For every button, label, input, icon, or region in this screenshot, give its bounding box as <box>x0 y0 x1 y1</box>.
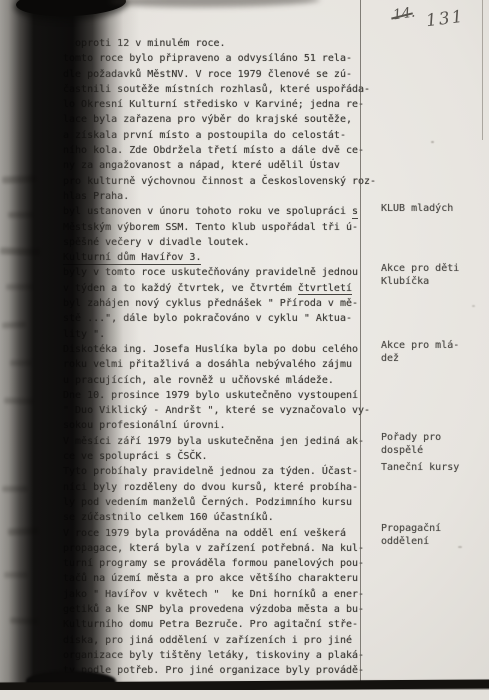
scan-speck <box>472 305 475 307</box>
binding-shadow <box>0 0 140 692</box>
margin-note: Propagační oddělení <box>381 522 486 548</box>
next-page-sliver <box>0 690 489 700</box>
margin-note: Akce pro děti Klubíčka <box>381 262 486 288</box>
margin-note: KLUB mladých <box>381 202 486 215</box>
margin-note: Pořady pro dospělé <box>381 431 486 457</box>
margin-note: Akce pro mlá- dež <box>381 339 486 365</box>
scan-speck <box>431 141 434 143</box>
scanned-page: oproti 12 v minulém roce.tomto roce bylo… <box>0 0 489 700</box>
scan-speck <box>458 546 462 548</box>
margin-note: Taneční kursy <box>381 461 486 474</box>
